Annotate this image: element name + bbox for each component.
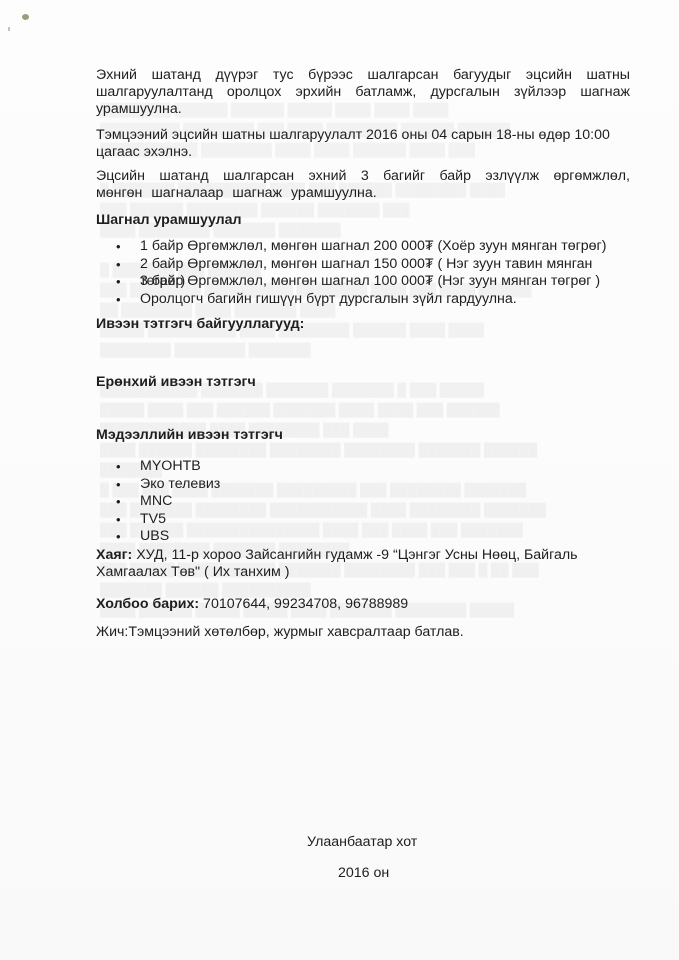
media-sponsor-name: MNC	[140, 493, 172, 509]
bullet-icon: •	[116, 511, 121, 529]
general-sponsor-heading: Ерөнхий ивээн тэтгэгч	[96, 374, 256, 391]
prizes-heading: Шагнал урамшуулал	[96, 212, 242, 229]
bullet-icon: •	[116, 273, 121, 291]
contact-label: Холбоо барих:	[96, 596, 199, 612]
bullet-icon: •	[116, 528, 121, 546]
bullet-icon: •	[116, 256, 121, 274]
footer-city: Улаанбаатар хот	[307, 834, 417, 850]
bullet-icon: •	[116, 493, 121, 511]
paper-mark	[8, 27, 10, 31]
document-page: ████████ ██████ ██████ █████ ████ ████ █…	[0, 0, 679, 960]
prize-text: 1 байр Өргөмжлөл, мөнгөн шагнал 200 000₮…	[140, 238, 606, 254]
bullet-icon: •	[116, 238, 121, 256]
media-sponsor-name: TV5	[140, 511, 166, 527]
media-sponsor-item: •TV5	[116, 511, 220, 529]
paragraph-first-stage: Эхний шатанд дүүрэг тус бүрээс шалгарсан…	[96, 67, 630, 118]
footer-year: 2016 он	[338, 865, 389, 881]
paragraph-final-stage-date: Тэмцээний эцсийн шатны шалгаруулалт 2016…	[96, 127, 630, 161]
media-sponsor-name: Эко телевиз	[140, 476, 220, 492]
address-value: ХУД, 11-р хороо Зайсангийн гудамж -9 “Цэ…	[96, 547, 578, 580]
paragraph-final-awards: Эцсийн шатанд шалгарсан эхний 3 багийг б…	[96, 168, 630, 202]
media-sponsor-heading: Мэдээллийн ивээн тэтгэгч	[96, 427, 283, 444]
prize-text: Оролцогч багийн гишүүн бүрт дурсгалын зү…	[140, 291, 517, 307]
address-line: Хаяг: ХУД, 11-р хороо Зайсангийн гудамж …	[96, 547, 636, 581]
prize-item-3: •3 байр Өргөмжлөл, мөнгөн шагнал 100 000…	[116, 273, 630, 291]
paper-stain	[22, 14, 29, 20]
bullet-icon: •	[116, 291, 121, 309]
prize-item-2: •2 байр Өргөмжлөл, мөнгөн шагнал 150 000…	[116, 256, 630, 274]
sponsors-heading: Ивээн тэтгэгч байгууллагууд:	[96, 316, 304, 333]
media-sponsor-list: •MYOHTB •Эко телевиз •MNC •TV5 •UBS	[96, 458, 220, 546]
bullet-icon: •	[116, 458, 121, 476]
note-line: Жич:Тэмцээний хөтөлбөр, журмыг хавсралта…	[96, 624, 464, 641]
media-sponsor-item: •UBS	[116, 528, 220, 546]
contact-line: Холбоо барих: 70107644, 99234708, 967889…	[96, 596, 408, 613]
prize-text: 3 байр Өргөмжлөл, мөнгөн шагнал 100 000₮…	[140, 273, 600, 289]
prize-item-1: •1 байр Өргөмжлөл, мөнгөн шагнал 200 000…	[116, 238, 630, 256]
media-sponsor-item: •MYOHTB	[116, 458, 220, 476]
contact-value: 70107644, 99234708, 96788989	[199, 596, 408, 612]
address-label: Хаяг:	[96, 547, 132, 563]
media-sponsor-item: •Эко телевиз	[116, 476, 220, 494]
bullet-icon: •	[116, 476, 121, 494]
media-sponsor-item: •MNC	[116, 493, 220, 511]
prize-list: •1 байр Өргөмжлөл, мөнгөн шагнал 200 000…	[96, 238, 630, 308]
media-sponsor-name: MYOHTB	[140, 458, 201, 474]
media-sponsor-name: UBS	[140, 528, 169, 544]
prize-item-participants: •Оролцогч багийн гишүүн бүрт дурсгалын з…	[116, 291, 630, 309]
